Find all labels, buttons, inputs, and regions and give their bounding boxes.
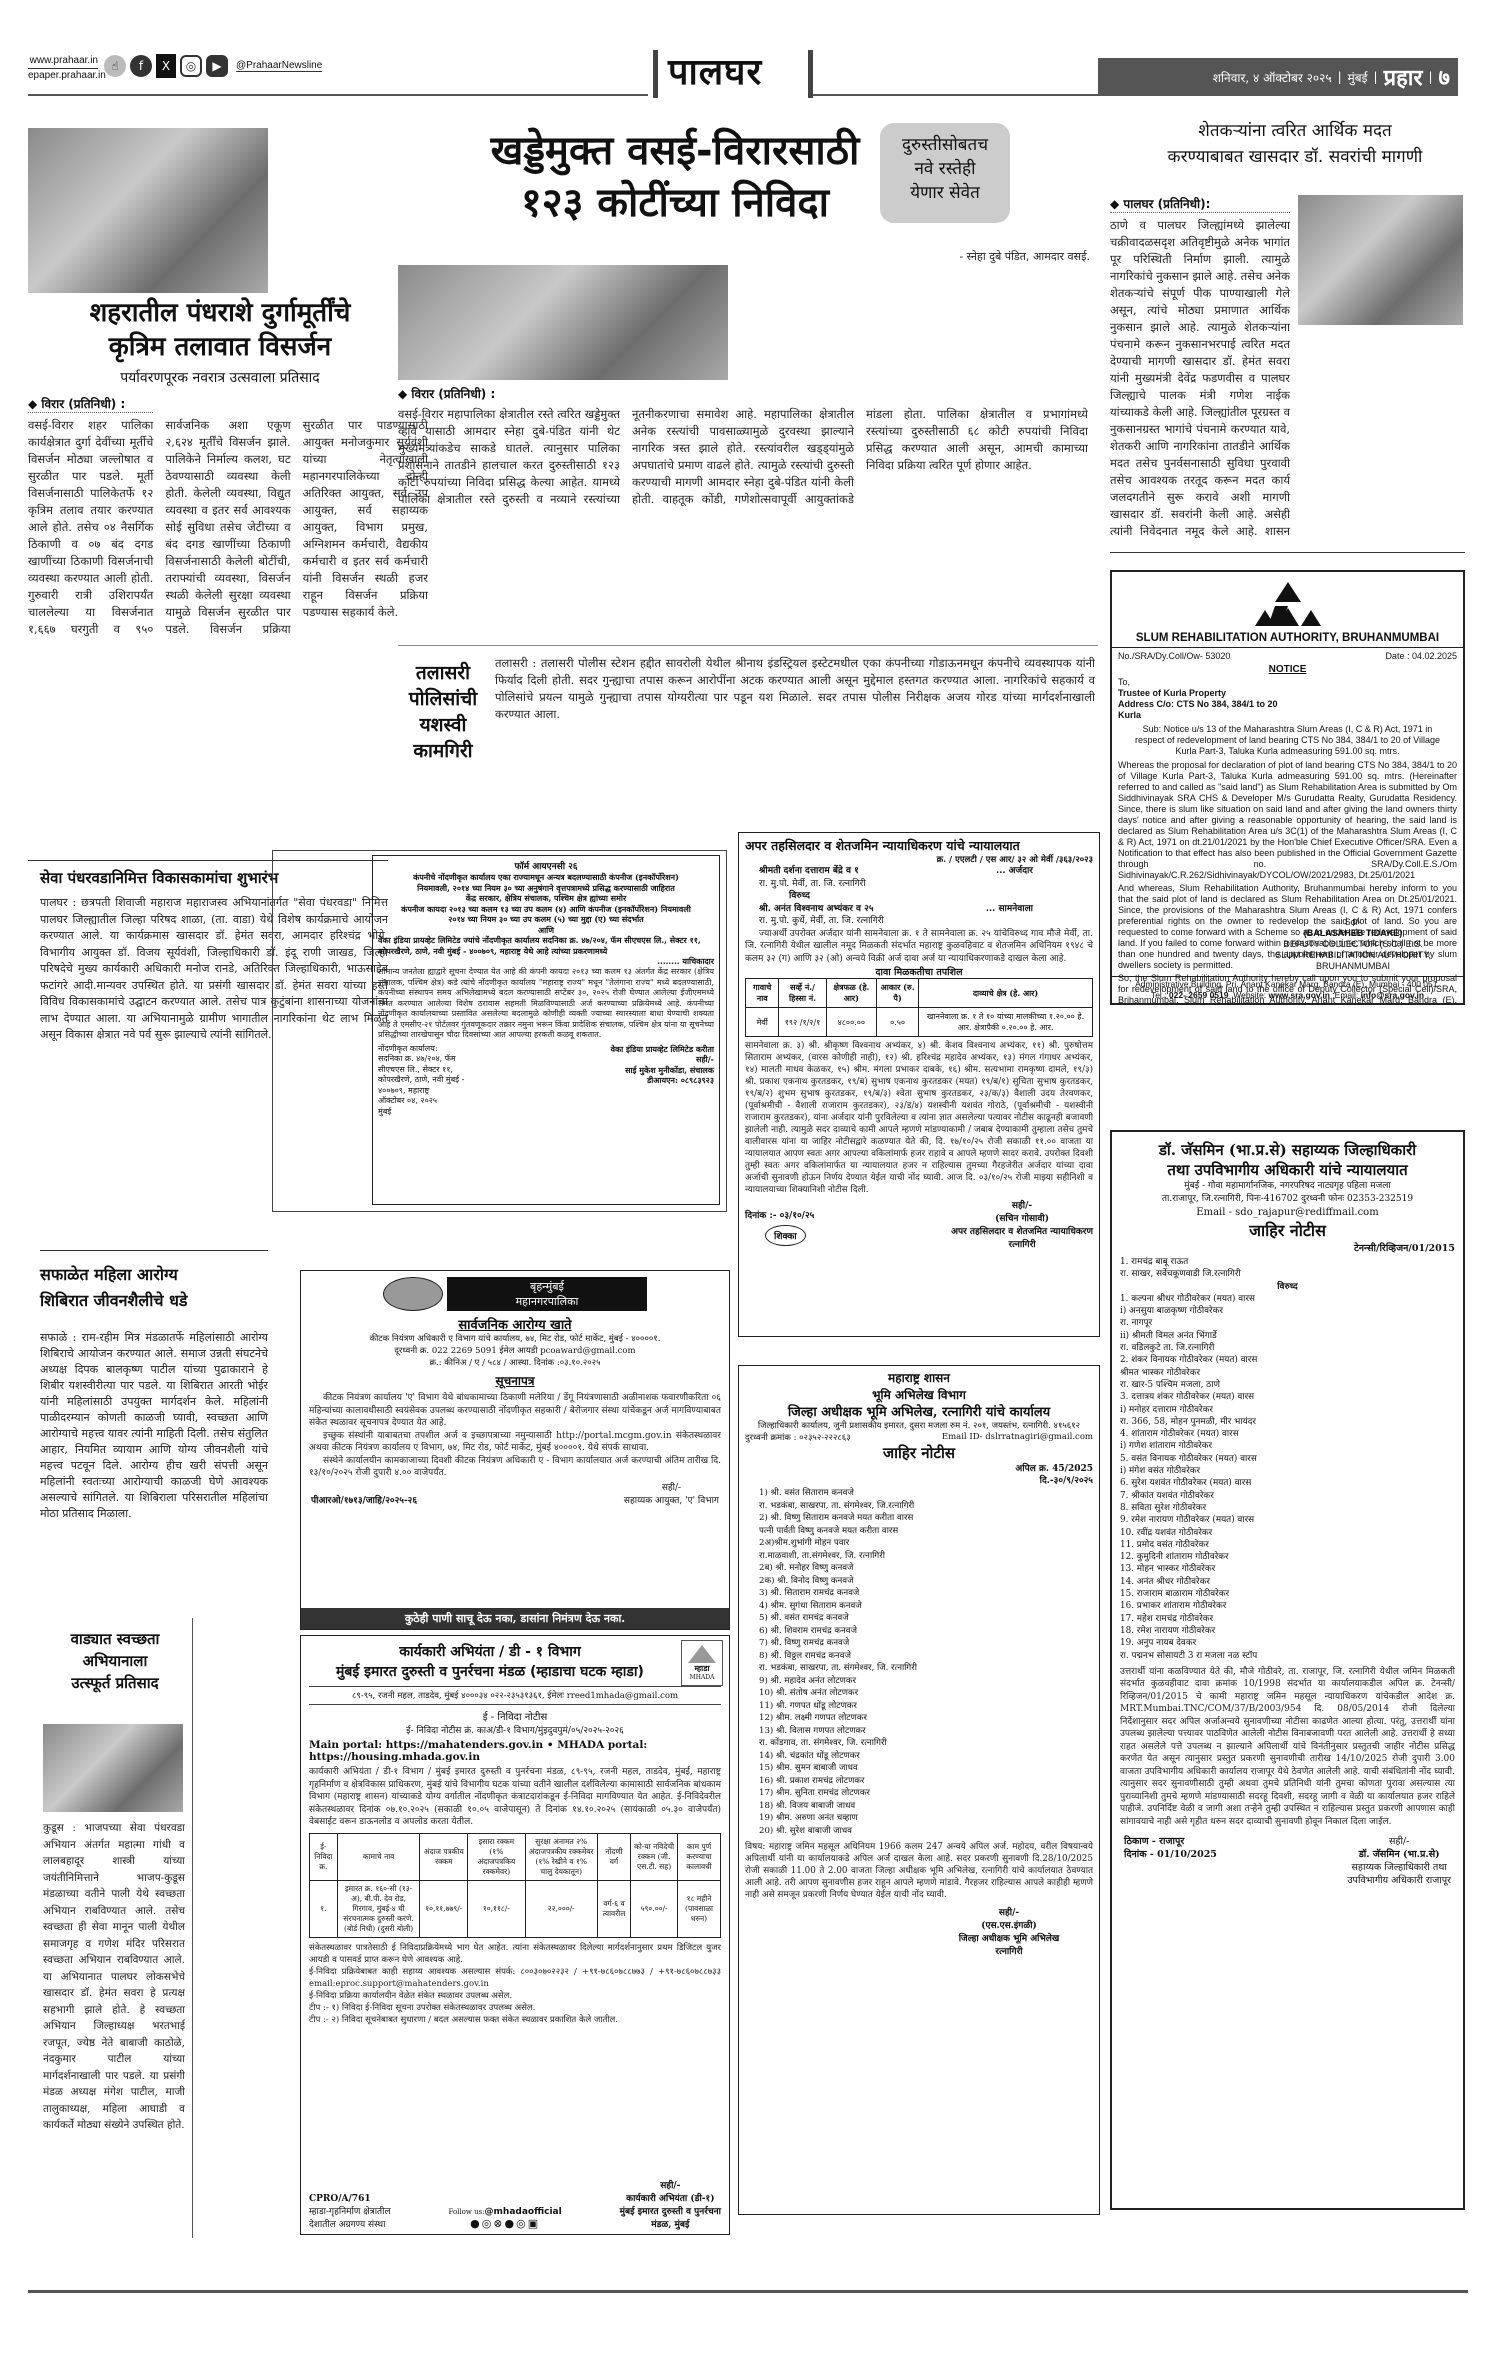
- bmc-slogan: कुठेही पाणी साचू देऊ नका, डासांना निमंत्…: [301, 1608, 729, 1629]
- durga-subhead: पर्यावरणपूरक नवरात्र उत्सवाला प्रतिसाद: [20, 368, 420, 387]
- social-handle[interactable]: @PrahaarNewsline: [236, 60, 322, 72]
- ratnagiri-court-notice: अपर तहसिलदार व शेतजमिन न्यायाधिकरण यांचे…: [738, 832, 1100, 1337]
- talasari-top-rule: [398, 645, 1098, 646]
- sra-sign: Sd/- (BALASAHEB TIDAKE) DEPUTY COLLECTOR…: [1253, 917, 1453, 972]
- inc26-ad: फॉर्म आयएनसी २६ कंपनीचे नोंदणीकृत कार्या…: [372, 855, 720, 1205]
- farmers-headline: शेतकऱ्यांना त्वरित आर्थिक मदत करण्याबाबत…: [1105, 118, 1485, 170]
- bmc-ad: बृहन्मुंबई महानगरपालिका सार्वजनिक आरोग्य…: [300, 1270, 730, 1630]
- bmc-notice-title: सूचनापत्र: [301, 1372, 729, 1389]
- rajapur-sign: सही/- डॉ. जॅसमिन (भा.प्र.से) सहाय्यक जिल…: [1347, 1834, 1451, 1886]
- mhada-notice-title: ई - निविदा नोटीस: [301, 1709, 729, 1723]
- rajapur-parties: 1. रामचंद्र बाबू राऊतरा. साखर, सर्वेचकूण…: [1112, 1254, 1463, 1664]
- rajapur-case-no: टेनन्सी/रिव्हिजन/01/2015: [1112, 1241, 1463, 1254]
- sra-subject: Sub: Notice u/s 13 of the Maharashtra Sl…: [1130, 724, 1445, 757]
- talasari-body: तलासरी : तलासरी पोलीस स्टेशन हद्दीत सावर…: [495, 655, 1095, 805]
- mhada-cpro: CPRO/A/761: [309, 2194, 391, 2204]
- x-icon[interactable]: ⊗: [493, 2217, 504, 2230]
- touch-icon[interactable]: ☝: [104, 55, 126, 77]
- mhada-portals[interactable]: Main portal: https://mahatenders.gov.in …: [301, 1736, 729, 1766]
- farmers-article: ◆ पालघर (प्रतिनिधी): ठाणे व पालघर जिल्ह्…: [1110, 195, 1465, 540]
- linkedin-icon[interactable]: ●: [505, 2217, 517, 2230]
- section-bar-left: [653, 50, 658, 98]
- rajapur-email[interactable]: Email - sdo_rajapur@rediffmail.com: [1112, 1206, 1463, 1219]
- mhada-tender-table: ई-निविदा क्र. कामाचे नाव अंदाज पत्रकीय र…: [309, 1833, 721, 1938]
- roads-body: वसई-विरार महापालिका क्षेत्रातील रस्ते त्…: [398, 406, 1088, 508]
- court-property-table: गावाचे नाव सर्व्हे नं./ हिस्सा नं. क्षेत…: [745, 978, 1093, 1037]
- page-bottom-rule: [28, 2290, 1468, 2293]
- facebook-icon[interactable]: ●: [470, 2217, 482, 2230]
- dateline-bar: शनिवार, ४ ऑक्टोबर २०२५ | मुंबई | प्रहार …: [1098, 58, 1458, 96]
- paper-name: प्रहार: [1384, 62, 1423, 92]
- rajapur-date: दिनांक - 01/10/2025: [1124, 1847, 1217, 1860]
- kudus-photo: [43, 1724, 183, 1812]
- mhada-notice-number: ई- निविदा नोटीस क्रं. काअ/डी-१ विभाग/मुं…: [301, 1723, 729, 1736]
- masthead: www.prahaar.in epaper.prahaar.in ☝ f X ◎…: [28, 50, 1458, 100]
- court-seal: शिक्का: [765, 1225, 806, 1246]
- mhada-ad: कार्यकारी अभियंता / डी - १ विभाग मुंबई इ…: [300, 1635, 730, 2235]
- land-records-email[interactable]: Email ID- dslrratnagiri@gmail.com: [942, 1432, 1093, 1443]
- bmc-contact: दूरध्वनी क्र. 022 2269 5091 ईमेल आयडी pc…: [301, 1345, 729, 1357]
- threads-icon[interactable]: ◎: [516, 2217, 528, 2230]
- farmers-bottom-rule: [1110, 552, 1465, 553]
- roads-dateline: ◆ विरार (प्रतिनिधी) :: [398, 385, 1088, 402]
- youtube-icon[interactable]: ▣: [528, 2217, 540, 2230]
- sra-notice: SLUM REHABILITATION AUTHORITY, BRUHANMUM…: [1110, 570, 1465, 1005]
- social-icons: ☝ f X ◎ ▶ @PrahaarNewsline: [102, 54, 322, 78]
- talasari-headline: तलासरी पोलिसांची यशस्वी कामगिरी: [398, 660, 488, 764]
- durga-headline: शहरातील पंधराशे दुर्गामूर्तींचे कृत्रिम …: [20, 296, 420, 364]
- youtube-icon[interactable]: ▶: [206, 55, 228, 77]
- mhada-address: ८९-९५, रजनी महल, ताडदेव, मुंबई ४०००३४ ०२…: [309, 1686, 721, 1705]
- safale-headline: सफाळेत महिला आरोग्य शिबिरात जीवनशैलीचे ध…: [40, 1262, 280, 1314]
- mhada-logo-icon: म्हाडा MHADA: [681, 1640, 723, 1686]
- sra-email-link[interactable]: info@sra.gov.in: [1361, 990, 1424, 1000]
- section-bar-right: [808, 50, 813, 98]
- sra-logo-icon: [1253, 580, 1323, 630]
- sra-website-link[interactable]: www.sra.gov.in: [1269, 990, 1330, 1000]
- land-records-notice: महाराष्ट्र शासन भूमि अभिलेख विभाग जिल्हा…: [738, 1365, 1100, 2215]
- bmc-dept: सार्वजनिक आरोग्य खाते: [301, 1315, 729, 1333]
- rajapur-notice: डॉ. जॅसमिन (भा.प्र.से) सहाय्यक जिल्हाधिक…: [1110, 1130, 1465, 2210]
- mhada-title: कार्यकारी अभियंता / डी - १ विभाग मुंबई इ…: [301, 1642, 729, 1682]
- sra-para1: Whereas the proposal for declaration of …: [1118, 760, 1457, 881]
- durga-body: वसई-विरार शहर पालिका कार्यक्षेत्रात दुर्…: [28, 417, 428, 638]
- issue-date: शनिवार, ४ ऑक्टोबर २०२५: [1213, 69, 1332, 86]
- roads-article: ◆ विरार (प्रतिनिधी) : वसई-विरार महापालिक…: [398, 385, 1088, 640]
- page-number: ७: [1439, 62, 1450, 92]
- durga-dateline: ◆ विरार (प्रतिनिधी) :: [28, 395, 153, 413]
- bmc-emblem-icon: [383, 1277, 443, 1311]
- roads-headline: खड्डेमुक्त वसई-विरारसाठी १२३ कोटींच्या न…: [425, 125, 925, 229]
- sra-notice-title: NOTICE: [1112, 664, 1463, 675]
- issue-city: मुंबई: [1348, 69, 1368, 86]
- court-title: अपर तहसिलदार व शेतजमिन न्यायाधिकरण यांचे…: [745, 837, 1093, 854]
- durga-photo: [28, 128, 268, 293]
- table-row: १. इमारत क्र. १६०-सी (१३-अ), बी.पी. देव …: [310, 1880, 721, 1937]
- safale-top-rule: [40, 1250, 268, 1251]
- masthead-left-rule: [28, 94, 648, 96]
- instagram-icon[interactable]: ◎: [482, 2217, 494, 2230]
- website-link[interactable]: www.prahaar.in: [28, 54, 98, 69]
- roads-quote-attribution: - स्नेहा दुबे पंडित, आमदार वसई.: [830, 248, 1090, 265]
- mhada-body: कार्यकारी अभियंता / डी-१ विभाग / मुंबई इ…: [301, 1766, 729, 1829]
- farmers-dateline: ◆ पालघर (प्रतिनिधी):: [1110, 195, 1290, 213]
- kudus-headline: वाड्यात स्वच्छता अभियानाला उत्स्फूर्त प्…: [40, 1628, 190, 1694]
- rajapur-place: ठिकाण - राजापूर: [1124, 1834, 1217, 1847]
- rajapur-notice-title: जाहिर नोटीस: [1112, 1219, 1463, 1241]
- mhada-social-handle[interactable]: @mhadaofficial: [485, 2207, 562, 2217]
- roads-photo: [398, 265, 728, 380]
- kudus-body: कुडूस : भाजपच्या सेवा पंधरवडा अभियान अंत…: [43, 1820, 185, 2220]
- land-records-parties: 1) श्री. वसंत सिताराम कनवजेरा. भडकंबा, स…: [745, 1487, 1093, 1837]
- table-row: मेर्वी १९२ /१/२/१ ४८००.०० ०.५० खाननेवाला…: [746, 1008, 1093, 1037]
- farmers-body: ठाणे व पालघर जिल्ह्यांमध्ये झालेल्या चक्…: [1110, 217, 1290, 540]
- rajapur-body: उत्तरार्थी यांना कळविण्यात येते की, मौजे…: [1112, 1664, 1463, 1831]
- sra-footer: Administrative Building, Pri. Anant Kane…: [1112, 976, 1463, 1003]
- facebook-icon[interactable]: f: [130, 55, 152, 77]
- instagram-icon[interactable]: ◎: [180, 55, 202, 77]
- bmc-logo-banner: बृहन्मुंबई महानगरपालिका: [447, 1277, 647, 1311]
- sra-ref: No./SRA/Dy.Coll/Ow- 53020: [1118, 651, 1230, 661]
- section-title: पालघर: [668, 46, 762, 95]
- bmc-pro-number: पीआरओ/१७१३/जाहि/२०२५-२६: [311, 1493, 417, 1506]
- safale-body: सफाळे : राम-रहीम मित्र मंडळातर्फे महिलां…: [40, 1330, 268, 1610]
- sra-date: Date : 04.02.2025: [1385, 651, 1457, 661]
- website-links: www.prahaar.in epaper.prahaar.in: [28, 54, 98, 83]
- durga-article: ◆ विरार (प्रतिनिधी) : वसई-विरार शहर पालि…: [28, 395, 428, 815]
- masthead-right-rule: [813, 94, 1118, 96]
- roads-callout: दुरुस्तीसोबतच नवे रस्तेही येणार सेवेत: [880, 123, 1010, 223]
- sra-org: SLUM REHABILITATION AUTHORITY, BRUHANMUM…: [1112, 632, 1463, 648]
- x-icon[interactable]: X: [156, 54, 176, 78]
- epaper-link[interactable]: epaper.prahaar.in: [28, 69, 98, 83]
- mhada-follow: Follow us:@mhadaofficial ●◎⊗●◎▣: [448, 2207, 561, 2230]
- rajapur-title: डॉ. जॅसमिन (भा.प्र.से) सहाय्यक जिल्हाधिक…: [1112, 1140, 1463, 1180]
